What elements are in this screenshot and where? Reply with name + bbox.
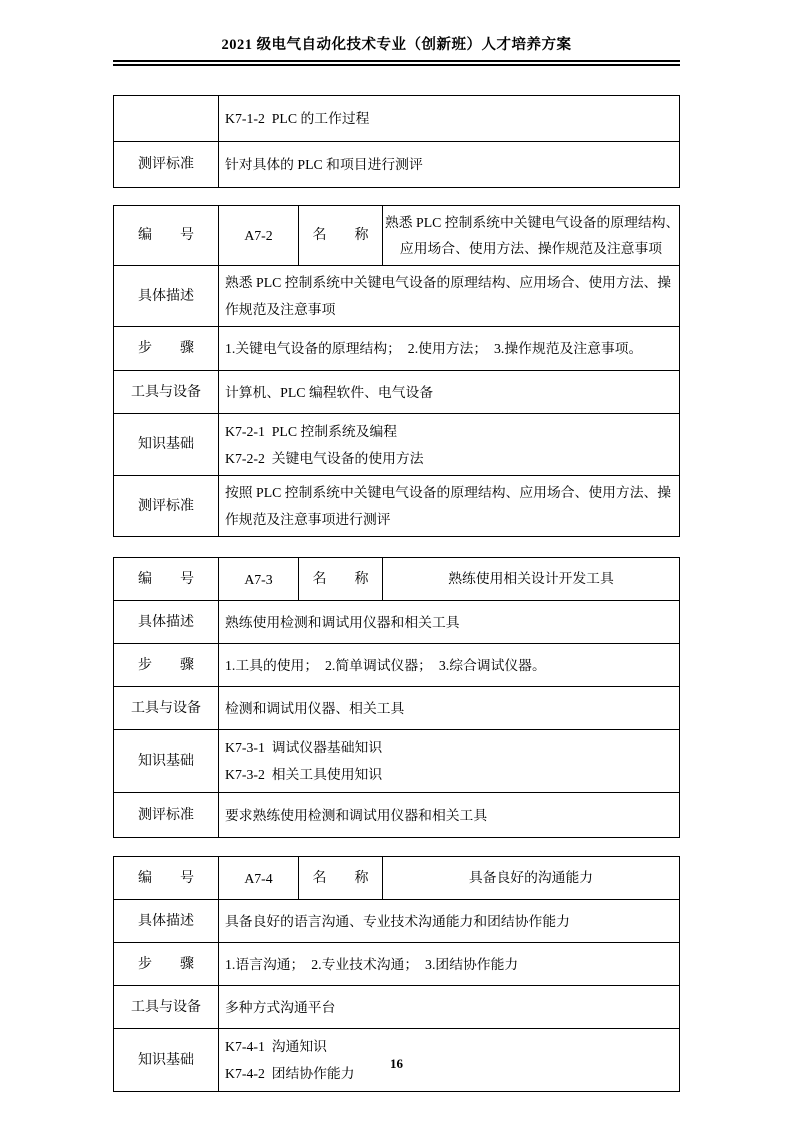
table-row: 知识基础 K7-3-1 调试仪器基础知识 K7-3-2 相关工具使用知识 bbox=[114, 730, 680, 793]
row-label-cell: 具体描述 bbox=[114, 266, 219, 327]
name-label-cell: 名 称 bbox=[299, 206, 383, 266]
id-label-cell: 编 号 bbox=[114, 558, 219, 601]
page-content: 2021 级电气自动化技术专业（创新班）人才培养方案 K7-1-2 PLC 的工… bbox=[113, 0, 680, 1092]
row-label-cell: 步 骤 bbox=[114, 644, 219, 687]
text-line: 检测和调试用仪器、相关工具 bbox=[225, 695, 675, 722]
name-value-cell: 具备良好的沟通能力 bbox=[383, 857, 680, 900]
row-label-cell: 知识基础 bbox=[114, 730, 219, 793]
table-row: 测评标准 要求熟练使用检测和调试用仪器和相关工具 bbox=[114, 793, 680, 838]
name-value-cell: 熟练使用相关设计开发工具 bbox=[383, 558, 680, 601]
row-content-cell: 按照 PLC 控制系统中关键电气设备的原理结构、应用场合、使用方法、操 作规范及… bbox=[219, 476, 680, 537]
text-line: 1.工具的使用； 2.简单调试仪器； 3.综合调试仪器。 bbox=[225, 652, 675, 679]
row-content-cell: 针对具体的 PLC 和项目进行测评 bbox=[219, 142, 680, 188]
row-content-cell: 具备良好的语言沟通、专业技术沟通能力和团结协作能力 bbox=[219, 900, 680, 943]
row-content-cell: K7-2-1 PLC 控制系统及编程 K7-2-2 关键电气设备的使用方法 bbox=[219, 414, 680, 476]
row-content-cell: 熟练使用检测和调试用仪器和相关工具 bbox=[219, 601, 680, 644]
id-label-cell: 编 号 bbox=[114, 206, 219, 266]
row-content-cell: 1.关键电气设备的原理结构； 2.使用方法； 3.操作规范及注意事项。 bbox=[219, 327, 680, 371]
row-label-cell: 工具与设备 bbox=[114, 687, 219, 730]
row-label-cell: 步 骤 bbox=[114, 943, 219, 986]
row-content-cell: K7-1-2 PLC 的工作过程 bbox=[219, 96, 680, 142]
table-row: 步 骤 1.语言沟通； 2.专业技术沟通； 3.团结协作能力 bbox=[114, 943, 680, 986]
table-a7-2: 编 号 A7-2 名 称 熟悉 PLC 控制系统中关键电气设备的原理结构、 应用… bbox=[113, 205, 680, 537]
table-row: 工具与设备 计算机、PLC 编程软件、电气设备 bbox=[114, 371, 680, 414]
table-row: 步 骤 1.关键电气设备的原理结构； 2.使用方法； 3.操作规范及注意事项。 bbox=[114, 327, 680, 371]
text-line: 熟悉 PLC 控制系统中关键电气设备的原理结构、应用场合、使用方法、操 bbox=[225, 269, 675, 296]
row-label-cell: 测评标准 bbox=[114, 142, 219, 188]
name-value-cell: 熟悉 PLC 控制系统中关键电气设备的原理结构、 应用场合、使用方法、操作规范及… bbox=[383, 206, 680, 266]
text-line: 熟练使用检测和调试用仪器和相关工具 bbox=[225, 609, 675, 636]
table-row: 步 骤 1.工具的使用； 2.简单调试仪器； 3.综合调试仪器。 bbox=[114, 644, 680, 687]
text-line: K7-1-2 PLC 的工作过程 bbox=[225, 105, 675, 132]
text-line: 多种方式沟通平台 bbox=[225, 994, 675, 1021]
text-line: 熟悉 PLC 控制系统中关键电气设备的原理结构、 bbox=[385, 210, 677, 236]
page-number: 16 bbox=[0, 1056, 793, 1072]
table-row: 具体描述 熟练使用检测和调试用仪器和相关工具 bbox=[114, 601, 680, 644]
table-row: 测评标准 针对具体的 PLC 和项目进行测评 bbox=[114, 142, 680, 188]
text-line: 具备良好的语言沟通、专业技术沟通能力和团结协作能力 bbox=[225, 908, 675, 935]
name-label-cell: 名 称 bbox=[299, 857, 383, 900]
name-label-cell: 名 称 bbox=[299, 558, 383, 601]
text-line: K7-3-2 相关工具使用知识 bbox=[225, 761, 675, 788]
row-label-cell: 测评标准 bbox=[114, 476, 219, 537]
text-line: 作规范及注意事项进行测评 bbox=[225, 506, 675, 533]
table-row: 测评标准 按照 PLC 控制系统中关键电气设备的原理结构、应用场合、使用方法、操… bbox=[114, 476, 680, 537]
row-content-cell: 熟悉 PLC 控制系统中关键电气设备的原理结构、应用场合、使用方法、操 作规范及… bbox=[219, 266, 680, 327]
row-content-cell: 1.工具的使用； 2.简单调试仪器； 3.综合调试仪器。 bbox=[219, 644, 680, 687]
text-line: K7-2-1 PLC 控制系统及编程 bbox=[225, 418, 675, 445]
table-row: 工具与设备 多种方式沟通平台 bbox=[114, 986, 680, 1029]
text-line: K7-3-1 调试仪器基础知识 bbox=[225, 734, 675, 761]
row-content-cell: 计算机、PLC 编程软件、电气设备 bbox=[219, 371, 680, 414]
table-header-row: 编 号 A7-2 名 称 熟悉 PLC 控制系统中关键电气设备的原理结构、 应用… bbox=[114, 206, 680, 266]
row-label-cell: 具体描述 bbox=[114, 601, 219, 644]
table-row: K7-1-2 PLC 的工作过程 bbox=[114, 96, 680, 142]
row-label-cell: 测评标准 bbox=[114, 793, 219, 838]
page-title: 2021 级电气自动化技术专业（创新班）人才培养方案 bbox=[113, 0, 680, 54]
table-k7-1-continued: K7-1-2 PLC 的工作过程 测评标准 针对具体的 PLC 和项目进行测评 bbox=[113, 95, 680, 188]
text-line: 按照 PLC 控制系统中关键电气设备的原理结构、应用场合、使用方法、操 bbox=[225, 479, 675, 506]
row-content-cell: K7-3-1 调试仪器基础知识 K7-3-2 相关工具使用知识 bbox=[219, 730, 680, 793]
row-content-cell: 检测和调试用仪器、相关工具 bbox=[219, 687, 680, 730]
table-row: 具体描述 具备良好的语言沟通、专业技术沟通能力和团结协作能力 bbox=[114, 900, 680, 943]
table-row: 具体描述 熟悉 PLC 控制系统中关键电气设备的原理结构、应用场合、使用方法、操… bbox=[114, 266, 680, 327]
row-content-cell: 多种方式沟通平台 bbox=[219, 986, 680, 1029]
id-value-cell: A7-4 bbox=[219, 857, 299, 900]
text-line: K7-2-2 关键电气设备的使用方法 bbox=[225, 445, 675, 472]
text-line: 计算机、PLC 编程软件、电气设备 bbox=[225, 379, 675, 406]
row-label-cell: 具体描述 bbox=[114, 900, 219, 943]
table-header-row: 编 号 A7-3 名 称 熟练使用相关设计开发工具 bbox=[114, 558, 680, 601]
row-label-cell: 步 骤 bbox=[114, 327, 219, 371]
row-label-cell: 知识基础 bbox=[114, 414, 219, 476]
id-value-cell: A7-2 bbox=[219, 206, 299, 266]
table-a7-3: 编 号 A7-3 名 称 熟练使用相关设计开发工具 具体描述 熟练使用检测和调试… bbox=[113, 557, 680, 838]
text-line: 作规范及注意事项 bbox=[225, 296, 675, 323]
text-line: 熟练使用相关设计开发工具 bbox=[385, 566, 677, 592]
row-label-cell: 工具与设备 bbox=[114, 371, 219, 414]
title-double-rule bbox=[113, 60, 680, 66]
table-row: 知识基础 K7-2-1 PLC 控制系统及编程 K7-2-2 关键电气设备的使用… bbox=[114, 414, 680, 476]
id-label-cell: 编 号 bbox=[114, 857, 219, 900]
document-page: 2021 级电气自动化技术专业（创新班）人才培养方案 K7-1-2 PLC 的工… bbox=[0, 0, 793, 1122]
table-header-row: 编 号 A7-4 名 称 具备良好的沟通能力 bbox=[114, 857, 680, 900]
row-content-cell: 1.语言沟通； 2.专业技术沟通； 3.团结协作能力 bbox=[219, 943, 680, 986]
text-line: 针对具体的 PLC 和项目进行测评 bbox=[225, 151, 675, 178]
row-label-cell bbox=[114, 96, 219, 142]
text-line: 要求熟练使用检测和调试用仪器和相关工具 bbox=[225, 802, 675, 829]
id-value-cell: A7-3 bbox=[219, 558, 299, 601]
row-label-cell: 工具与设备 bbox=[114, 986, 219, 1029]
text-line: 1.关键电气设备的原理结构； 2.使用方法； 3.操作规范及注意事项。 bbox=[225, 335, 675, 362]
row-content-cell: 要求熟练使用检测和调试用仪器和相关工具 bbox=[219, 793, 680, 838]
text-line: 1.语言沟通； 2.专业技术沟通； 3.团结协作能力 bbox=[225, 951, 675, 978]
text-line: 应用场合、使用方法、操作规范及注意事项 bbox=[385, 236, 677, 262]
table-row: 工具与设备 检测和调试用仪器、相关工具 bbox=[114, 687, 680, 730]
text-line: 具备良好的沟通能力 bbox=[385, 865, 677, 891]
